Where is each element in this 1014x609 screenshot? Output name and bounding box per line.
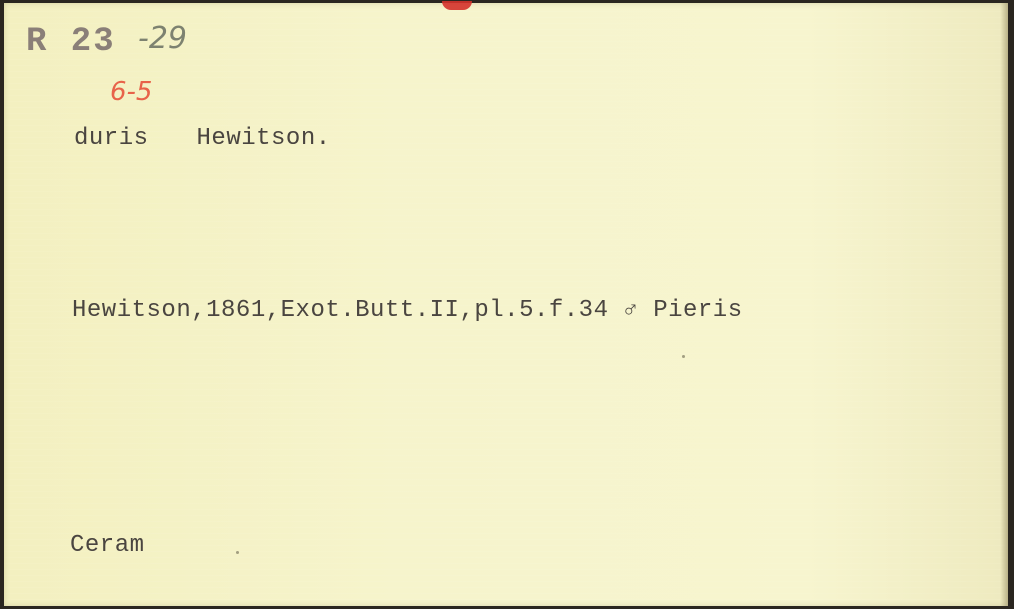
catalog-stamp: R 23 — [26, 23, 116, 61]
taxon-line: durisHewitson. — [74, 125, 331, 152]
red-pencil-annotation: 6-5 — [110, 77, 152, 107]
paper-speck — [236, 551, 239, 554]
reference-citation: Hewitson,1861,Exot.Butt.II,pl.5.f.34 ♂ P… — [72, 297, 743, 324]
index-card: R 23 -29 6-5 durisHewitson. Hewitson,186… — [4, 3, 1008, 606]
red-tab-mark — [442, 1, 472, 10]
species-name: duris — [74, 125, 149, 152]
pencil-annotation: -29 — [138, 21, 187, 56]
paper-speck — [682, 355, 685, 358]
card-edge-shadow — [1000, 3, 1008, 606]
locality: Ceram — [70, 532, 145, 559]
author-name: Hewitson. — [197, 125, 331, 152]
